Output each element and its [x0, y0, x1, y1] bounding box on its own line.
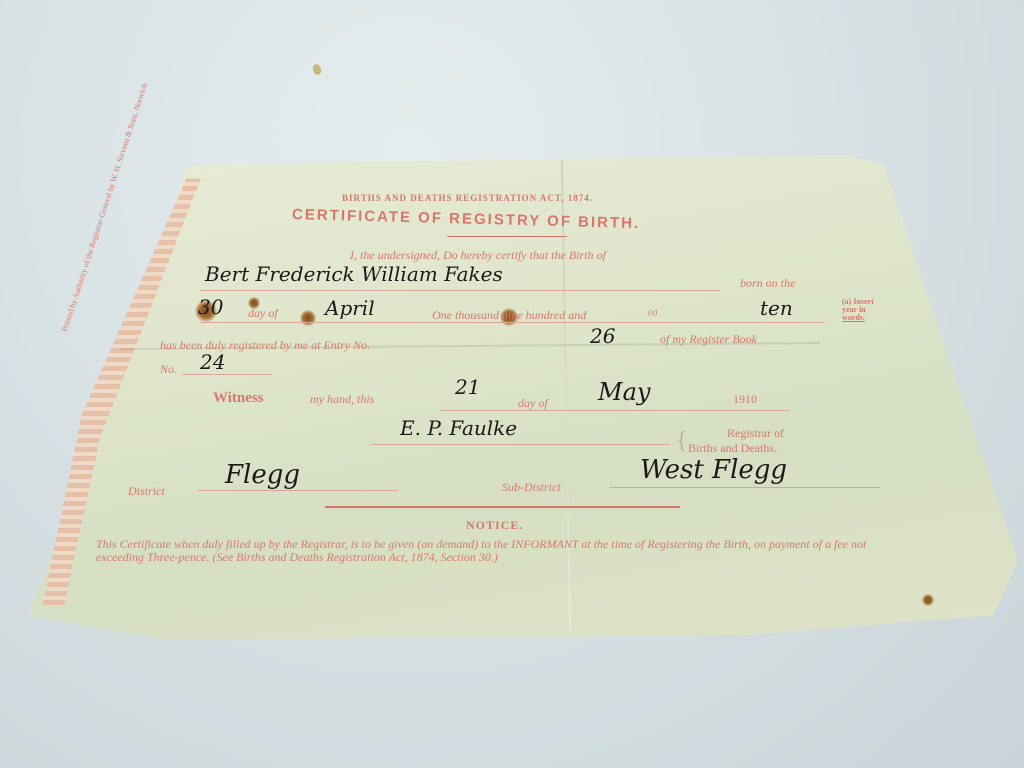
signature-underline	[372, 444, 670, 445]
register-book-label: of my Register Book	[660, 332, 757, 347]
margin-note: (a) Insert year in words.	[842, 298, 874, 322]
witness-label: Witness	[213, 390, 264, 407]
birth-month: April	[325, 296, 375, 320]
district-value: Flegg	[225, 460, 300, 490]
sub-district-label: Sub-District	[502, 480, 561, 495]
birth-day: 30	[198, 295, 223, 319]
act-heading: BIRTHS AND DEATHS REGISTRATION ACT, 1874…	[342, 193, 593, 203]
certify-statement: I, the undersigned, Do hereby certify th…	[350, 248, 606, 263]
section-divider	[325, 506, 680, 508]
book-number-label: No.	[160, 362, 177, 377]
crumb-speck	[311, 63, 322, 76]
registrar-title-line2: Births and Deaths.	[688, 441, 777, 456]
year-marker: (a)	[648, 308, 657, 317]
district-label: District	[128, 484, 165, 499]
book-number-underline	[182, 374, 272, 375]
registrar-signature: E. P. Faulke	[400, 416, 517, 440]
year-prefix-label: One thousand nine hundred and	[432, 308, 586, 323]
birth-year-words: ten	[760, 296, 793, 320]
registrar-title-line1: Registrar of	[727, 426, 784, 441]
child-name: Bert Frederick William Fakes	[205, 262, 503, 286]
sub-district-underline	[610, 487, 880, 488]
born-on-label: born on the	[740, 276, 795, 291]
date-underline	[200, 322, 825, 323]
sub-district-value: West Flegg	[640, 455, 787, 485]
registered-label: has been duly registered by me at Entry …	[160, 338, 370, 353]
entry-number: 26	[590, 324, 615, 348]
brace: {	[676, 428, 688, 455]
day-of-label: day of	[248, 306, 278, 321]
notice-body: This Certificate when duly filled up by …	[96, 538, 916, 564]
witness-month: May	[598, 378, 650, 406]
witness-year: 1910	[733, 392, 757, 407]
witness-day-of-label: day of	[518, 396, 548, 411]
witness-day: 21	[455, 375, 480, 399]
title-rule	[447, 236, 567, 237]
district-underline	[198, 490, 398, 491]
book-number: 24	[200, 350, 225, 374]
name-underline	[200, 290, 720, 291]
witness-underline	[440, 410, 790, 411]
witness-hand-label: my hand, this	[310, 392, 374, 407]
ink-stain	[922, 594, 934, 606]
notice-title: NOTICE.	[466, 518, 523, 533]
ink-stain	[300, 310, 316, 326]
